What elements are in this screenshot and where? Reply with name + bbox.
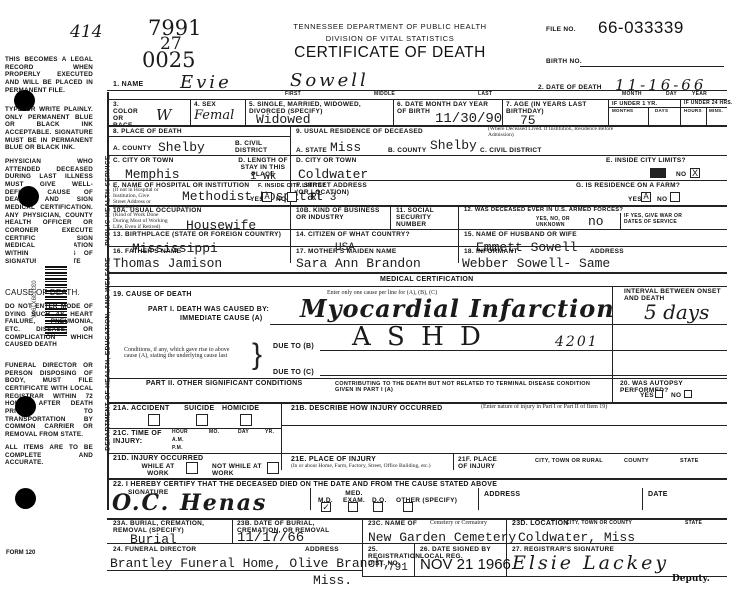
funeral-director-label: 24. FUNERAL DIRECTOR xyxy=(113,546,196,553)
farm-no-label: NO xyxy=(657,196,667,203)
father: Thomas Jamison xyxy=(113,256,222,271)
birthplace-label: 13. BIRTHPLACE (State or Foreign Country… xyxy=(113,231,281,238)
informant: Webber Sowell- Same xyxy=(462,256,610,271)
division-title: DIVISION OF VITAL STATISTICS xyxy=(270,34,510,43)
occupation-hint: (Kind of Work Done During Most of Workin… xyxy=(113,213,168,230)
due-b-label: DUE TO (B) xyxy=(273,343,314,351)
burial-method: Burial xyxy=(130,532,177,547)
res-city-label: D. CITY OR TOWN xyxy=(296,157,357,164)
typewrite-note: TYPE OR WRITE PLAINLY. ONLY PERMANENT BL… xyxy=(5,106,93,152)
res-inside-yes-box[interactable] xyxy=(650,168,666,178)
am-label: A.M. xyxy=(172,438,184,444)
suicide-box[interactable] xyxy=(196,414,208,426)
funeral-director-line2: Miss. xyxy=(313,573,352,588)
hours-sub: HOURS xyxy=(684,109,702,114)
county-col-label: COUNTY xyxy=(624,458,649,464)
place-f-label: 21F. PLACE OF INJURY xyxy=(458,456,498,470)
cause-code: 4201 xyxy=(555,334,599,350)
color-value: W xyxy=(156,106,171,124)
pod-inside-yes-box[interactable]: A xyxy=(262,192,272,202)
cemetery-hint: Cemetery or Crematory xyxy=(430,520,487,526)
res-state-label: A. STATE xyxy=(296,147,327,154)
reg-dist: 791 xyxy=(388,562,408,574)
date-of-death-label: 2. DATE OF DEATH xyxy=(538,84,602,91)
res-inside-no-box[interactable]: X xyxy=(690,168,700,178)
autopsy-yes-label: YES xyxy=(640,392,654,399)
describe-injury-label: 21B. DESCRIBE HOW INJURY OCCURRED xyxy=(291,405,442,413)
department-title: TENNESSEE DEPARTMENT OF PUBLIC HEALTH xyxy=(270,22,510,31)
handwritten-corner-number: 414 xyxy=(70,22,102,42)
date-label: DATE xyxy=(648,491,668,499)
legal-record-note: THIS BECOMES A LEGAL RECORD WHEN PROPERL… xyxy=(5,56,93,94)
mo-label: MO. xyxy=(209,430,219,436)
hour-label: HOUR xyxy=(172,430,188,436)
complete-note: ALL ITEMS ARE TO BE COMPLETE AND ACCURAT… xyxy=(5,444,93,467)
city-col-label: CITY, TOWN OR RURAL xyxy=(535,458,603,464)
other-box[interactable] xyxy=(403,502,413,512)
name-first-sub: FIRST xyxy=(285,92,301,98)
due-c-label: DUE TO (C) xyxy=(273,369,314,377)
form-number: FORM 120 xyxy=(6,550,35,556)
describe-injury-hint: (Enter nature of injury in Part I or Par… xyxy=(481,404,607,410)
medical-heading: MEDICAL CERTIFICATION xyxy=(380,276,474,284)
address-label: ADDRESS xyxy=(484,491,520,499)
location-label: 23D. LOCATION xyxy=(512,520,569,528)
time-of-injury-label: 21C. TIME OF INJURY: xyxy=(113,430,163,445)
med-exam-box[interactable] xyxy=(348,502,358,512)
pm-label: P.M. xyxy=(172,446,183,452)
file-no: 66-033339 xyxy=(598,18,684,38)
business-label: 10B. KIND OF BUSINESS OR INDUSTRY xyxy=(296,207,386,221)
autopsy-no-box[interactable] xyxy=(684,390,692,398)
mother-label: 17. MOTHER'S MAIDEN NAME xyxy=(296,248,396,255)
pod-county: Shelby xyxy=(158,140,205,155)
res-state: Miss xyxy=(330,140,361,155)
place-injury-hint: (In or about Home, Farm, Factory, Street… xyxy=(291,464,456,470)
certify-label: 22. I HEREBY CERTIFY THAT THE DECEASED D… xyxy=(113,481,497,489)
res-county-label: B. COUNTY xyxy=(388,147,426,154)
while-work-box[interactable] xyxy=(186,462,198,474)
father-label: 16. FATHER'S NAME xyxy=(113,248,181,255)
pod-county-label: A. COUNTY xyxy=(113,145,151,152)
due-b-cause: A S H D xyxy=(352,322,485,352)
do-box[interactable] xyxy=(373,502,383,512)
residence-label: 9. USUAL RESIDENCE OF DECEASED xyxy=(296,128,423,135)
interval: 5 days xyxy=(644,300,709,324)
yr-label: YR. xyxy=(265,430,274,436)
pod-stay: 1 wk xyxy=(250,171,276,183)
citizen-label: 14. CITIZEN OF WHAT COUNTRY? xyxy=(296,231,410,238)
cause-label: 19. CAUSE OF DEATH xyxy=(113,291,192,299)
name-middle-sub: MIDDLE xyxy=(374,92,395,98)
homicide-box[interactable] xyxy=(240,414,252,426)
days-sub: DAYS xyxy=(655,109,668,114)
punch-hole xyxy=(15,396,36,417)
spouse-label: 15. NAME OF HUSBAND OR WIFE xyxy=(464,231,577,238)
armed-yn-label: YES, NO, OR UNKNOWN xyxy=(536,217,586,228)
registrar-signature: Elsie Lackey xyxy=(512,552,669,574)
res-county: Shelby xyxy=(430,138,477,153)
date-signed-stamp: NOV 21 1966 xyxy=(420,556,511,573)
cause-heading: CAUSE OF DEATH. xyxy=(5,288,93,298)
file-no-label: FILE NO. xyxy=(546,26,576,33)
homicide-label: HOMICIDE xyxy=(222,405,259,413)
deputy-label: Deputy. xyxy=(672,574,710,584)
res-inside-no-label: NO xyxy=(676,171,686,178)
accident-label: 21A. ACCIDENT xyxy=(113,405,170,413)
suicide-label: SUICIDE xyxy=(184,405,215,413)
armed-forces-label: 12. WAS DECEASED EVER IN U.S. ARMED FORC… xyxy=(464,207,623,213)
md-box[interactable]: ✓ xyxy=(321,502,331,512)
pod-inside-no-label: NO xyxy=(276,196,286,203)
pod-city-label: C. CITY OR TOWN xyxy=(113,157,174,164)
immediate-cause: Myocardial Infarction xyxy=(300,294,615,323)
res-civil-label: C. CIVIL DISTRICT xyxy=(480,147,542,154)
conditions-hint: Conditions, if any, which gave rise to a… xyxy=(124,347,244,360)
birth-no-label: BIRTH NO. xyxy=(546,58,582,65)
page-title: CERTIFICATE OF DEATH xyxy=(270,44,510,62)
part2-label: PART II. OTHER SIGNIFICANT CONDITIONS xyxy=(146,380,302,388)
funeral-director-address-label: ADDRESS xyxy=(305,546,339,553)
farm-yes-box[interactable]: A xyxy=(641,192,651,202)
part2-suffix: CONTRIBUTING TO THE DEATH BUT NOT RELATE… xyxy=(335,381,610,393)
accident-box[interactable] xyxy=(148,414,160,426)
farm-no-box[interactable] xyxy=(670,192,680,202)
residence-hint: (Where Deceased Lived. If Institution, R… xyxy=(488,127,638,139)
informant-address-label: ADDRESS xyxy=(590,248,624,255)
name-last-sub: LAST xyxy=(478,92,492,98)
not-while-work-box[interactable] xyxy=(267,462,279,474)
funeral-director: Brantley Funeral Home, Olive Branch, xyxy=(110,556,391,571)
dod-year-sub: YEAR xyxy=(692,92,707,98)
dod-day-sub: DAY xyxy=(666,92,677,98)
under-24hrs-label: IF UNDER 24 HRS. xyxy=(684,101,733,107)
location-state-hint: STATE xyxy=(685,521,702,527)
informant-label: 18. INFORMANT xyxy=(464,248,518,255)
autopsy-no-label: NO xyxy=(671,392,681,399)
location-hint: CITY, TOWN OR COUNTY xyxy=(566,521,632,527)
place-of-death-label: 8. PLACE OF DEATH xyxy=(113,128,182,135)
conditions-brace: } xyxy=(252,340,262,370)
cause-note: DO NOT ENTER MODE OF DYING SUCH AS HEART… xyxy=(5,303,93,349)
armed-war-label: IF YES, GIVE WAR OR DATES OF SERVICE xyxy=(624,214,684,225)
farm-label: G. IS RESIDENCE ON A FARM? xyxy=(576,182,680,189)
name-last: Sowell xyxy=(290,70,369,91)
state-col-label: STATE xyxy=(680,458,699,464)
punch-hole xyxy=(18,186,39,207)
punch-hole xyxy=(15,488,36,509)
mins-sub: MINS. xyxy=(709,109,723,114)
ssn-label: 11. SOCIAL SECURITY NUMBER xyxy=(396,207,456,228)
farm-yes-label: YES xyxy=(628,196,642,203)
physician-signature: O.C. Henas xyxy=(112,490,267,516)
day-label: DAY xyxy=(238,430,249,436)
while-work-label: WHILE AT WORK xyxy=(138,463,178,477)
mother: Sara Ann Brandon xyxy=(296,256,421,271)
not-while-work-label: NOT WHILE AT WORK xyxy=(212,463,262,477)
sex-value: Femal xyxy=(194,108,234,123)
autopsy-label: 20. WAS AUTOPSY PERFORMED? xyxy=(620,380,715,394)
part1-label: PART I. DEATH WAS CAUSED BY: xyxy=(148,306,269,314)
pod-civil-label: B. CIVIL DISTRICT xyxy=(235,140,285,154)
name-label: 1. NAME xyxy=(113,81,144,89)
handwritten-ref-number: 0025 xyxy=(142,48,195,72)
armed-forces-value: no xyxy=(588,214,604,229)
immediate-label: IMMEDIATE CAUSE (A) xyxy=(180,315,263,323)
res-inside-label: E. INSIDE CITY LIMITS? xyxy=(606,157,686,164)
dod-month-sub: MONTH xyxy=(622,92,642,98)
months-sub: MONTHS xyxy=(612,109,633,114)
cemetery-label: 23C. NAME OF xyxy=(368,520,417,527)
autopsy-yes-box[interactable] xyxy=(655,390,663,398)
street: Rt 3 xyxy=(310,192,336,204)
